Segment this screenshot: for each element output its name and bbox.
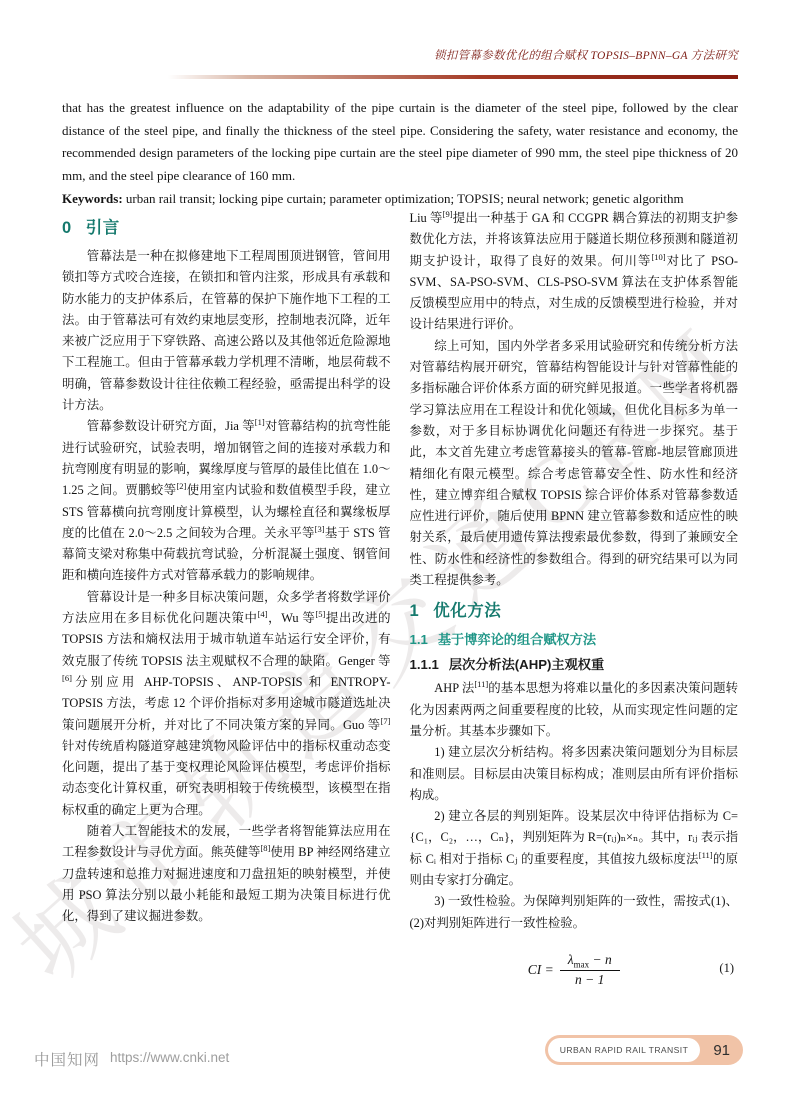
running-head-title: 锁扣管幕参数优化的组合赋权 TOPSIS–BPNN–GA 方法研究 [434, 47, 738, 63]
header-rule [168, 75, 738, 79]
subsection-heading-game-theory: 1.1基于博弈论的组合赋权方法 [410, 629, 739, 648]
journal-name-pill: URBAN RAPID RAIL TRANSIT [548, 1038, 700, 1062]
subsection-number: 1.1 [410, 632, 428, 647]
paper-page: 城市轨道交通CRM 锁扣管幕参数优化的组合赋权 TOPSIS–BPNN–GA 方… [0, 0, 800, 1095]
intro-paragraph: 随着人工智能技术的发展，一些学者将智能算法应用在工程参数设计与寻优方面。熊英健等… [62, 821, 391, 927]
abstract-text: that has the greatest influence on the a… [62, 97, 738, 187]
intro-paragraph: 综上可知，国内外学者多采用试验研究和传统分析方法对管幕结构展开研究，管幕结构智能… [410, 336, 739, 592]
methods-step-1: 1) 建立层次分析结构。将多因素决策问题划分为目标层和准则层。目标层由决策目标构… [410, 742, 739, 806]
methods-step-3: 3) 一致性检验。为保障判别矩阵的一致性，需按式(1)、(2)对判别矩阵进行一致… [410, 891, 739, 934]
subsubsection-number: 1.1.1 [410, 657, 439, 672]
section-number: 1 [410, 602, 420, 620]
cnki-url-link[interactable]: https://www.cnki.net [110, 1050, 229, 1065]
equation-1: CI = λmax − n n − 1 (1) [410, 944, 739, 996]
section-title: 引言 [86, 219, 120, 237]
equation-denominator: n − 1 [560, 971, 620, 988]
section-heading-methods: 1优化方法 [410, 597, 739, 621]
intro-paragraph: 管幕设计是一种多目标决策问题，众多学者将数学评价方法应用在多目标优化问题决策中[… [62, 587, 391, 821]
right-column: Liu 等[9]提出一种基于 GA 和 CCGPR 耦合算法的初期支护参数优化方… [410, 208, 739, 1002]
journal-page-badge: URBAN RAPID RAIL TRANSIT 91 [545, 1035, 743, 1065]
intro-paragraph: 管幕参数设计研究方面，Jia 等[1]对管幕结构的抗弯性能进行试验研究，试验表明… [62, 416, 391, 586]
keywords-label: Keywords: [62, 191, 123, 206]
section-number: 0 [62, 219, 72, 237]
journal-english-name: URBAN RAPID RAIL TRANSIT [560, 1045, 689, 1055]
keywords-text: urban rail transit; locking pipe curtain… [123, 191, 684, 206]
subsubsection-title: 层次分析法(AHP)主观权重 [449, 657, 604, 672]
equation-numerator: λmax − n [560, 952, 620, 972]
section-title: 优化方法 [433, 602, 501, 620]
left-column: 0引言 管幕法是一种在拟修建地下工程周围顶进钢管，管间用锁扣等方式咬合连接，在锁… [62, 208, 391, 1002]
section-heading-intro: 0引言 [62, 214, 391, 238]
two-column-body: 0引言 管幕法是一种在拟修建地下工程周围顶进钢管，管间用锁扣等方式咬合连接，在锁… [62, 208, 738, 1002]
methods-paragraph: AHP 法[11]的基本思想为将难以量化的多因素决策问题转化为因素两两之间重要程… [410, 678, 739, 742]
intro-paragraph: 管幕法是一种在拟修建地下工程周围顶进钢管，管间用锁扣等方式咬合连接，在锁扣和管内… [62, 246, 391, 416]
subsection-title: 基于博弈论的组合赋权方法 [438, 632, 596, 647]
equation-number: (1) [719, 961, 734, 976]
equation-lhs: CI = [528, 962, 554, 978]
abstract-block: that has the greatest influence on the a… [62, 97, 738, 211]
page-number: 91 [713, 1035, 730, 1065]
intro-paragraph-continued: Liu 等[9]提出一种基于 GA 和 CCGPR 耦合算法的初期支护参数优化方… [410, 208, 739, 336]
methods-step-2: 2) 建立各层的判别矩阵。设某层次中待评估指标为 C={C₁，C₂，…，Cₙ}，… [410, 806, 739, 891]
cnki-brand: 中国知网 [34, 1048, 100, 1070]
equation-fraction: λmax − n n − 1 [560, 952, 620, 989]
subsubsection-heading-ahp: 1.1.1层次分析法(AHP)主观权重 [410, 654, 739, 673]
